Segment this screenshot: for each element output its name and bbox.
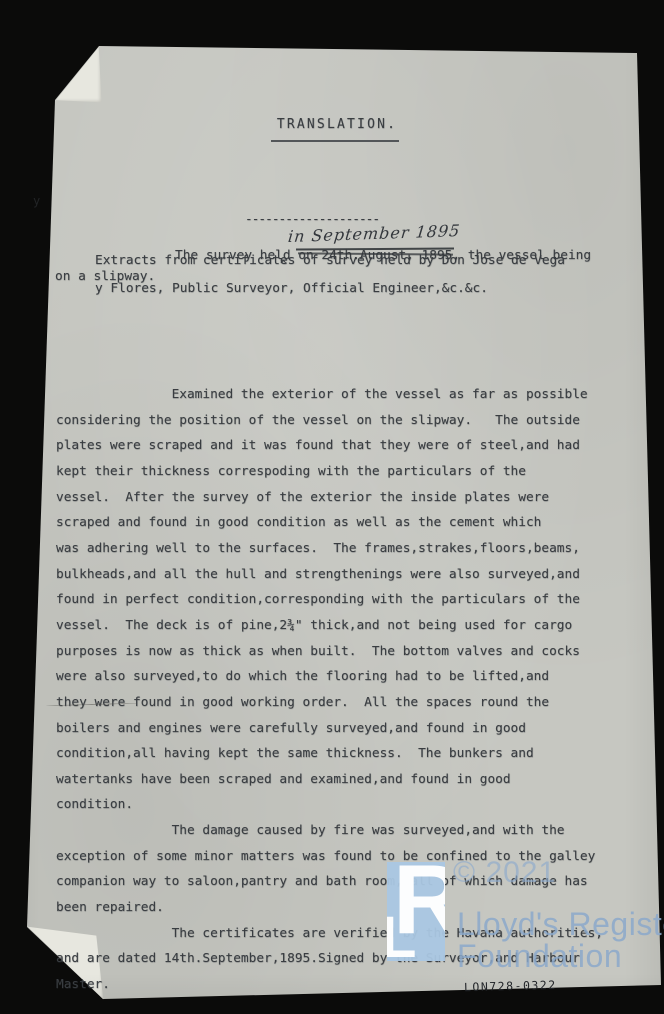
folded-corner-top-left-icon — [55, 46, 102, 103]
typed-line: found in perfect condition,corresponding… — [56, 587, 622, 613]
typed-line: The certificates are verified by the Hav… — [56, 921, 622, 947]
typed-line: was adhering well to the surfaces. The f… — [56, 536, 622, 562]
page-title: TRANSLATION. — [257, 112, 417, 138]
typed-line: boilers and engines were carefully surve… — [56, 716, 622, 742]
survey-date-sentence: The survey held on 24th.August, 1895, th… — [175, 243, 591, 269]
typed-line: considering the position of the vessel o… — [56, 408, 622, 434]
sentence-continuation: on a slipway. — [55, 264, 155, 290]
typed-line: purposes is now as thick as when built. … — [56, 639, 622, 665]
typed-line: Examined the exterior of the vessel as f… — [56, 382, 622, 408]
typed-line: The damage caused by fire was surveyed,a… — [56, 818, 622, 844]
typed-line: watertanks have been scraped and examine… — [56, 767, 622, 793]
typed-line: scraped and found in good condition as w… — [56, 510, 622, 536]
typed-line: bulkheads,and all the hull and strengthe… — [56, 562, 622, 588]
typed-line: and are dated 14th.September,1895.Signed… — [56, 946, 622, 972]
typed-line: companion way to saloon,pantry and bath … — [56, 869, 622, 895]
typed-line: condition,all having kept the same thick… — [56, 741, 622, 767]
typed-line: y Flores, Public Surveyor, Official Engi… — [95, 275, 565, 303]
insertion-caret: ^ — [280, 252, 287, 278]
typed-line: vessel. The deck is of pine,2¾" thick,an… — [56, 613, 622, 639]
typed-line: plates were scraped and it was found tha… — [56, 433, 622, 459]
typed-line: were also surveyed,to do which the floor… — [56, 664, 622, 690]
archive-reference-number: LON728-0322 — [464, 978, 557, 994]
typed-line: condition. — [56, 792, 622, 818]
typed-line: they were found in good working order. A… — [56, 690, 622, 716]
typed-line: been repaired. — [56, 895, 622, 921]
typed-line: vessel. After the survey of the exterior… — [56, 485, 622, 511]
margin-mark: y — [33, 189, 40, 215]
typed-body: Examined the exterior of the vessel as f… — [56, 305, 622, 998]
typed-line: exception of some minor matters was foun… — [56, 844, 622, 870]
struck-out-date: on 24th.August, 1895 — [298, 243, 452, 269]
sentence-suffix: , the vessel being — [452, 248, 591, 263]
title-underline — [271, 140, 399, 142]
typed-line: kept their thickness correspoding with t… — [56, 459, 622, 485]
scanned-document-photo: y TRANSLATION. Extracts from certificate… — [0, 0, 664, 1014]
